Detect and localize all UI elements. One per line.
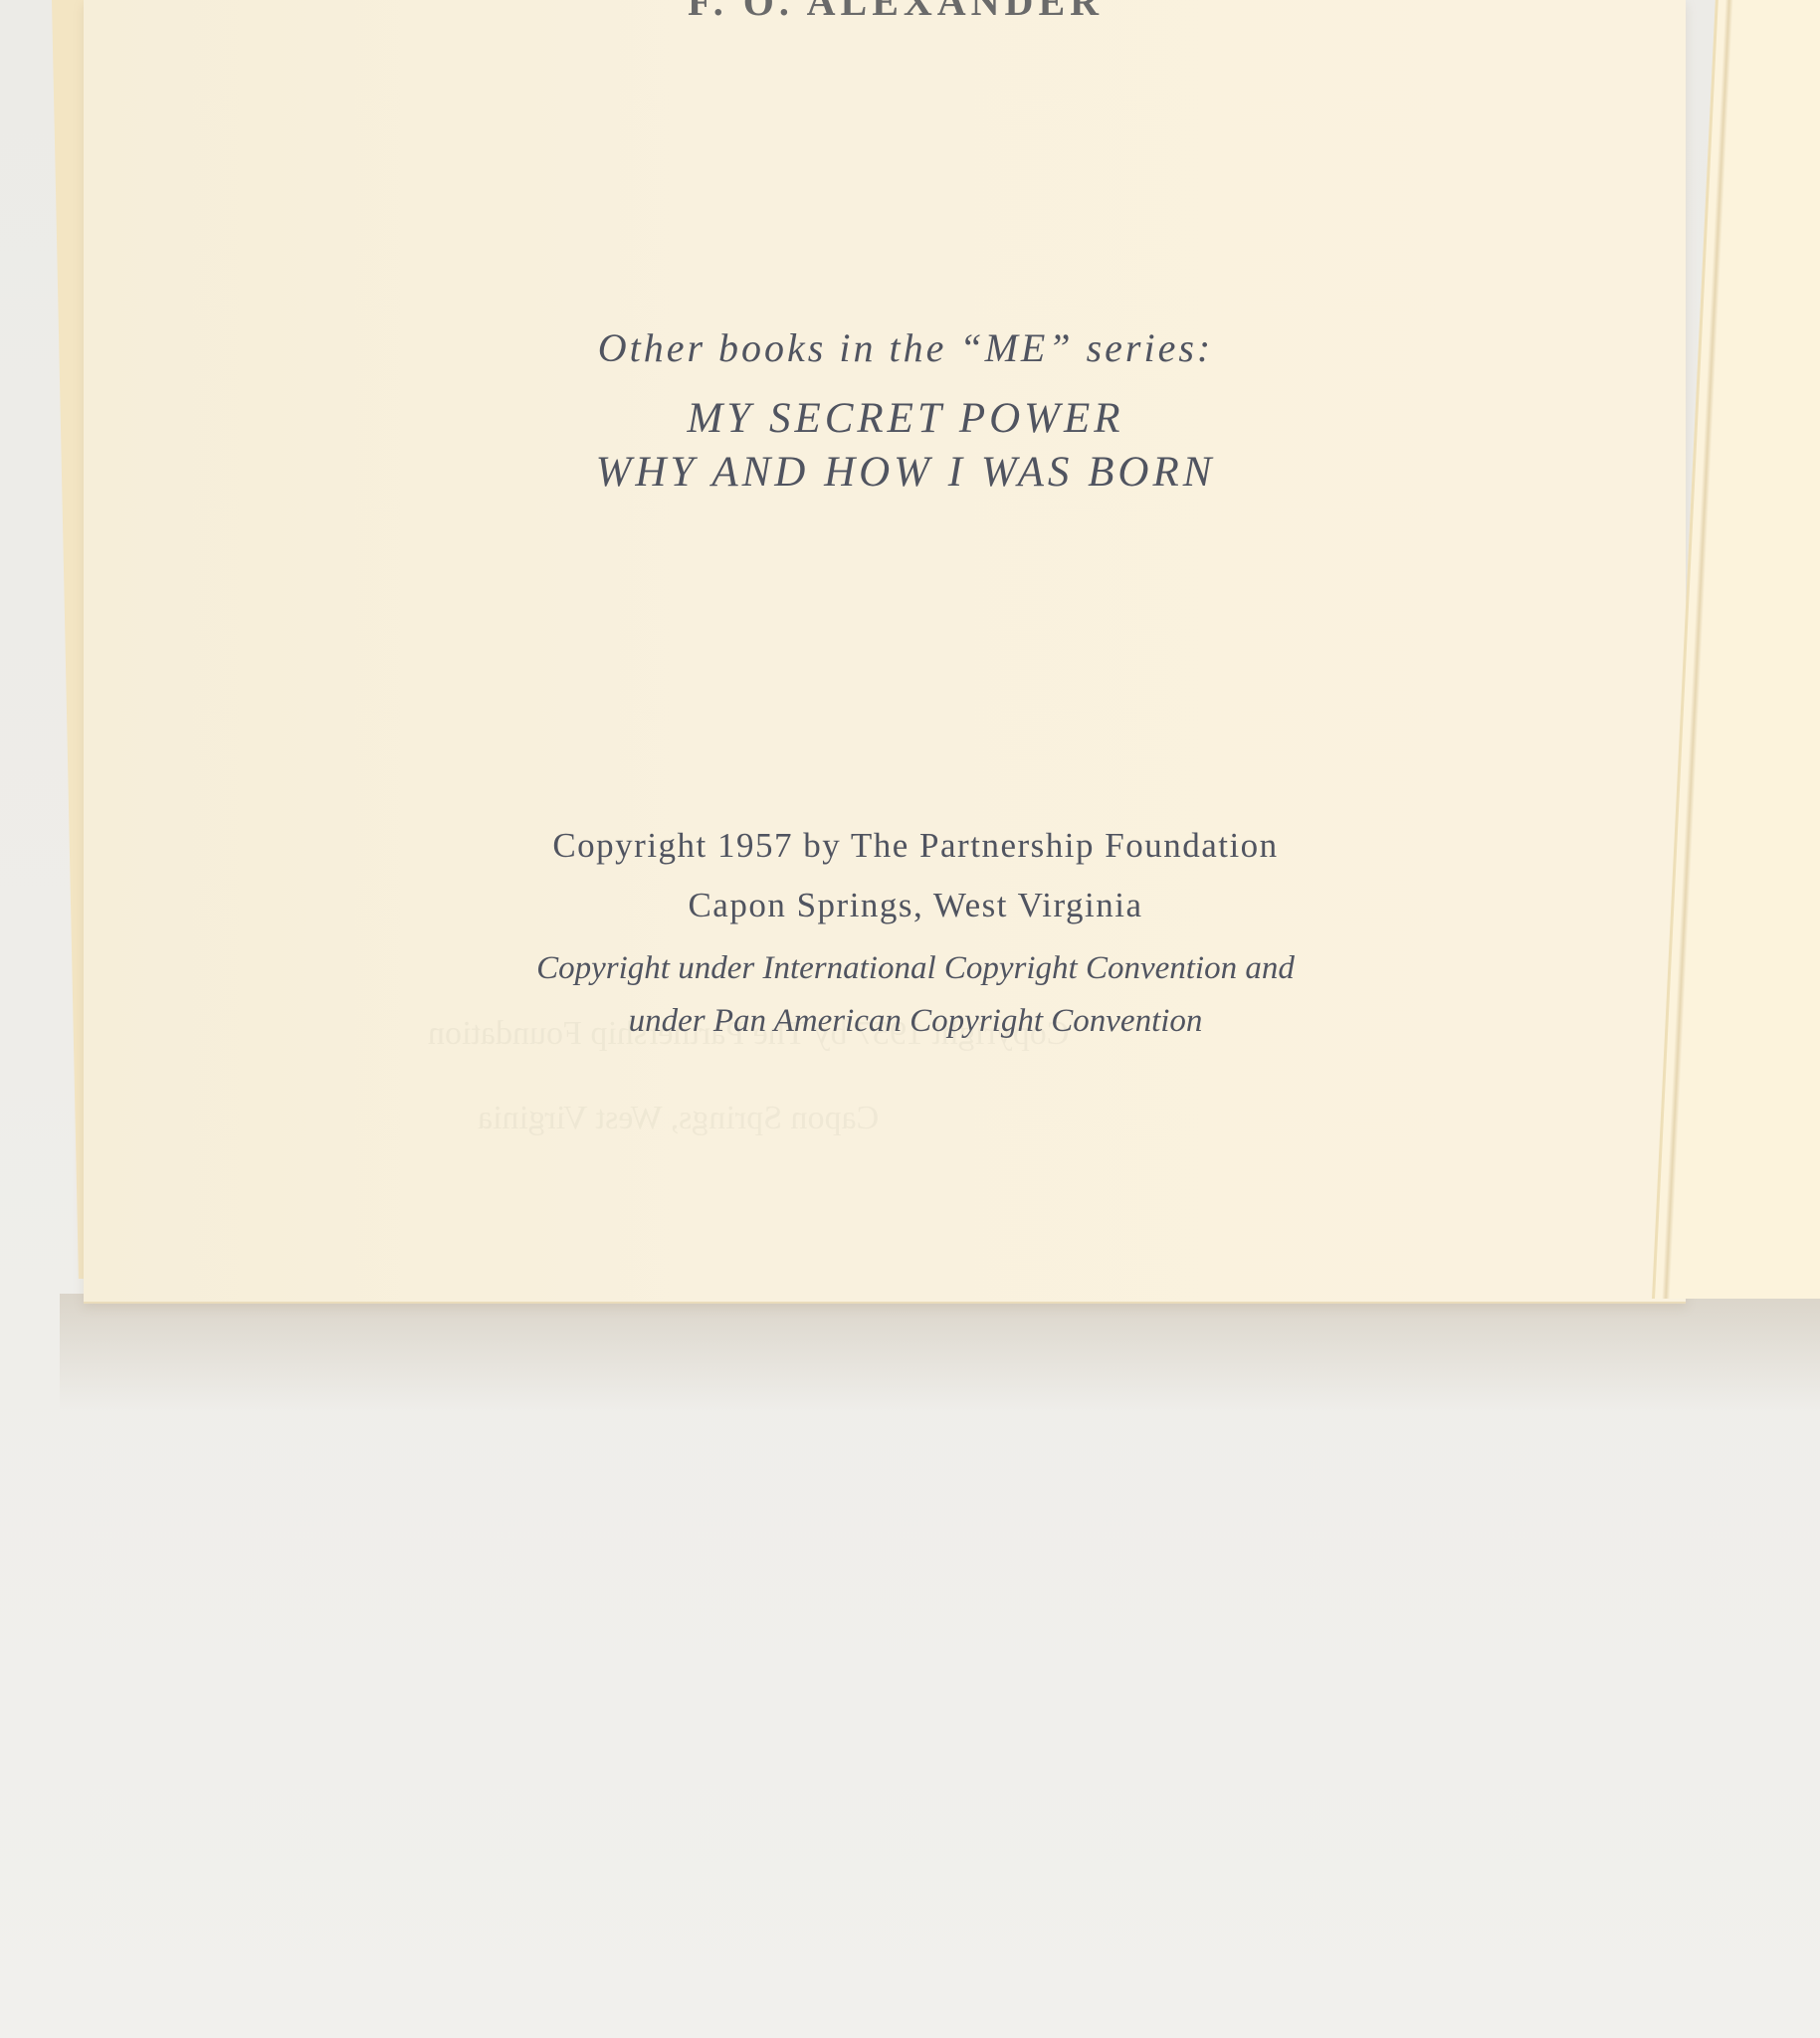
page-shadow (60, 1294, 1820, 1413)
show-through-text: Capon Springs, West Virginia (478, 1100, 879, 1137)
publisher-location: Capon Springs, West Virginia (458, 886, 1373, 925)
series-book-title: WHY AND HOW I WAS BORN (527, 448, 1284, 497)
copyright-convention: under Pan American Copyright Convention (448, 1003, 1383, 1040)
series-book-title: MY SECRET POWER (537, 394, 1274, 443)
left-page (84, 0, 1686, 1304)
author-name: F. O. ALEXANDER (687, 0, 1105, 25)
copyright-notice: Copyright 1957 by The Partnership Founda… (458, 826, 1373, 866)
copyright-convention: Copyright under International Copyright … (448, 950, 1383, 987)
series-heading: Other books in the “ME” series: (537, 324, 1274, 371)
